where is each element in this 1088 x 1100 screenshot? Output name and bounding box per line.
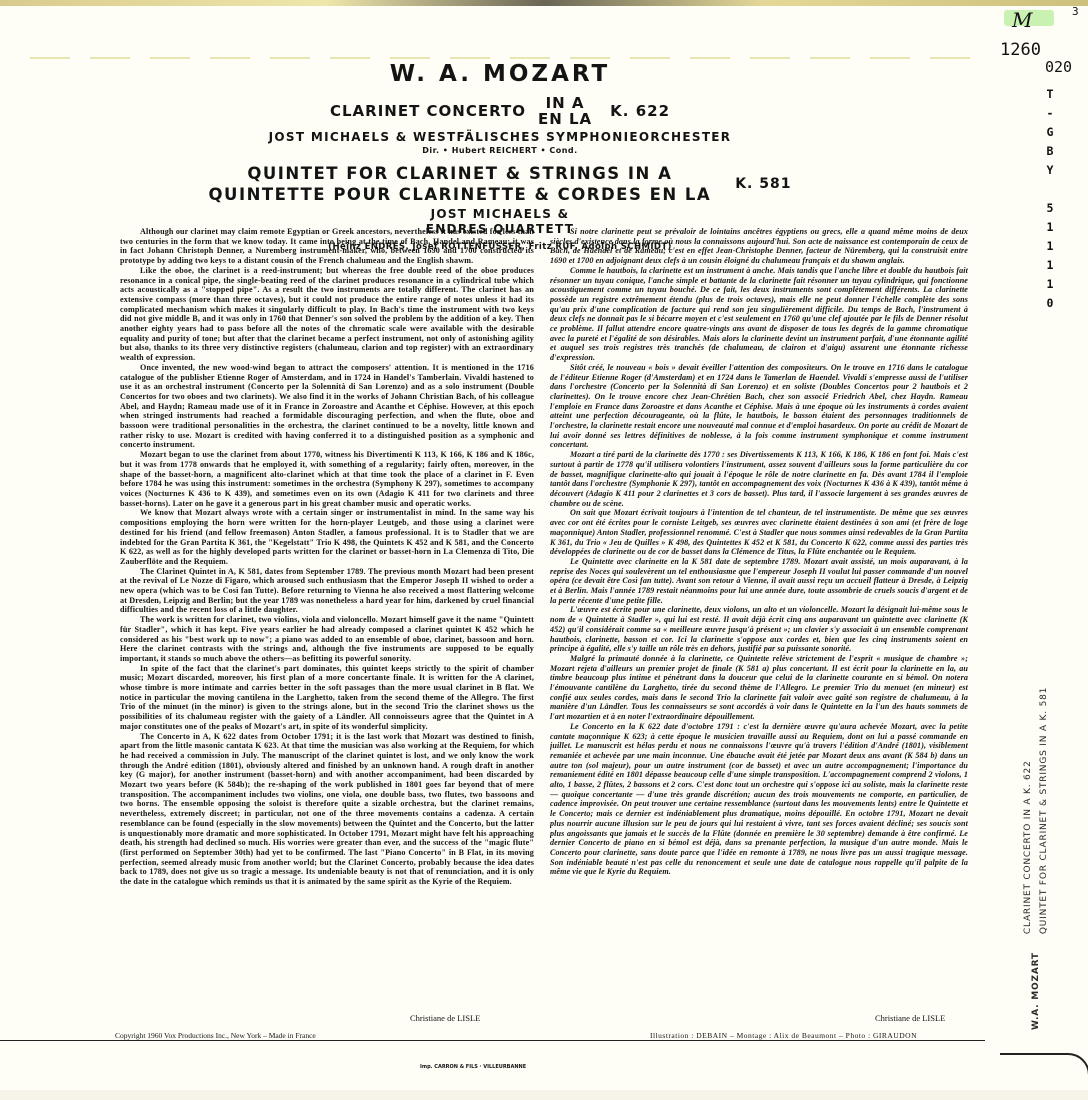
- work1-title: CLARINET CONCERTO: [330, 102, 526, 120]
- album-header: W. A. MOZART CLARINET CONCERTO IN A EN L…: [0, 60, 1000, 254]
- spine-code-char: B: [1047, 142, 1054, 161]
- spine-code-char: 0: [1047, 294, 1054, 313]
- spine-code-char: T: [1047, 85, 1054, 104]
- work1-key-fr: EN LA: [538, 111, 592, 127]
- spine-code-char: G: [1047, 123, 1054, 142]
- work1-conductor: Dir. • Hubert REICHERT • Cond.: [0, 145, 1000, 157]
- work2-catalog: K. 581: [735, 176, 791, 192]
- paragraph: The Clarinet Quintet in A, K 581, dates …: [120, 567, 534, 616]
- spine-work1: CLARINET CONCERTO IN A K. 622: [1020, 687, 1036, 934]
- spine-code-char: Y: [1047, 161, 1054, 180]
- signature-french: Christiane de LISLE: [875, 1013, 945, 1023]
- paragraph: The Concerto in A, K 622 dates from Octo…: [120, 732, 534, 887]
- paragraph: The work is written for clarinet, two vi…: [120, 615, 534, 664]
- paragraph: Mozart a tiré parti de la clarinette dès…: [550, 450, 968, 508]
- spine-label: W.A. MOZART CLARINET CONCERTO IN A K. 62…: [1020, 687, 1052, 1030]
- decorative-rule: [30, 57, 990, 59]
- paragraph: We know that Mozart always wrote with a …: [120, 508, 534, 566]
- copyright-notice: Copyright 1960 Vox Productions Inc., New…: [115, 1031, 316, 1040]
- paragraph: Sitôt créé, le nouveau « bois » devait é…: [550, 363, 968, 450]
- scan-top-edge: [0, 0, 1088, 6]
- spine-code-char: 1: [1047, 237, 1054, 256]
- paragraph: Si notre clarinette peut se prévaloir de…: [550, 227, 968, 266]
- work2-title-fr: QUINTETTE POUR CLARINETTE & CORDES EN LA: [209, 184, 712, 205]
- paragraph: Le Concerto en la K 622 date d'octobre 1…: [550, 722, 968, 877]
- catalog-number: 1260: [1000, 40, 1041, 60]
- credits-rule: [0, 1040, 985, 1041]
- spine-code-char: 1: [1047, 256, 1054, 275]
- work2-performers-1: JOST MICHAELS &: [0, 207, 1000, 222]
- liner-notes-english: Although our clarinet may claim remote E…: [120, 227, 534, 962]
- paragraph: Like the oboe, the clarinet is a reed-in…: [120, 266, 534, 363]
- spine-code-char: 5: [1047, 199, 1054, 218]
- spine-code: T - G B Y 5 1 1 1 1 0: [1044, 85, 1056, 313]
- scan-bottom-edge: [0, 1090, 1088, 1100]
- side-number: 3: [1072, 5, 1079, 18]
- spine-code-char: 1: [1047, 275, 1054, 294]
- spine-code-char: 1: [1047, 218, 1054, 237]
- printer-credit: Imp. CARRON & FILS · VILLEURBANNE: [420, 1064, 526, 1070]
- work1-key-en: IN A: [546, 95, 585, 111]
- handwritten-mark: M: [1012, 8, 1032, 32]
- work2-titles: QUINTET FOR CLARINET & STRINGS IN A QUIN…: [209, 163, 712, 205]
- paragraph: In spite of the fact that the clarinet's…: [120, 664, 534, 732]
- work1-performers: JOST MICHAELS & WESTFÄLISCHES SYMPHONIEO…: [0, 130, 1000, 145]
- work2-title-en: QUINTET FOR CLARINET & STRINGS IN A: [247, 163, 672, 184]
- paragraph: Although our clarinet may claim remote E…: [120, 227, 534, 266]
- paragraph: Malgré la primauté donnée à la clarinett…: [550, 654, 968, 722]
- paragraph: Mozart began to use the clarinet from ab…: [120, 450, 534, 508]
- signature-english: Christiane de LISLE: [410, 1013, 480, 1023]
- paragraph: On sait que Mozart écrivait toujours à l…: [550, 508, 968, 557]
- work1-catalog: K. 622: [610, 102, 670, 120]
- spine-composer: W.A. MOZART: [1031, 952, 1041, 1030]
- liner-notes-french: Si notre clarinette peut se prévaloir de…: [550, 227, 968, 962]
- paragraph: Comme le hautbois, la clarinette est un …: [550, 266, 968, 363]
- composer-title: W. A. MOZART: [0, 60, 1000, 88]
- work2-title-block: QUINTET FOR CLARINET & STRINGS IN A QUIN…: [0, 163, 1000, 205]
- catalog-suffix: 020: [1045, 58, 1072, 76]
- work1-key: IN A EN LA: [538, 95, 592, 127]
- paragraph: Once invented, the new wood-wind began t…: [120, 363, 534, 450]
- illustration-credits: Illustration : DEBAIN – Montage : Alix d…: [650, 1031, 917, 1040]
- paragraph: Le Quintette avec clarinette en la K 581…: [550, 557, 968, 606]
- spine-work2: QUINTET FOR CLARINET & STRINGS IN A K. 5…: [1036, 687, 1052, 934]
- paragraph: L'œuvre est écrite pour une clarinette, …: [550, 605, 968, 654]
- spine-works: CLARINET CONCERTO IN A K. 622 QUINTET FO…: [1020, 687, 1052, 934]
- spine-code-char: -: [1047, 104, 1054, 123]
- work1-title-block: CLARINET CONCERTO IN A EN LA K. 622: [0, 92, 1000, 130]
